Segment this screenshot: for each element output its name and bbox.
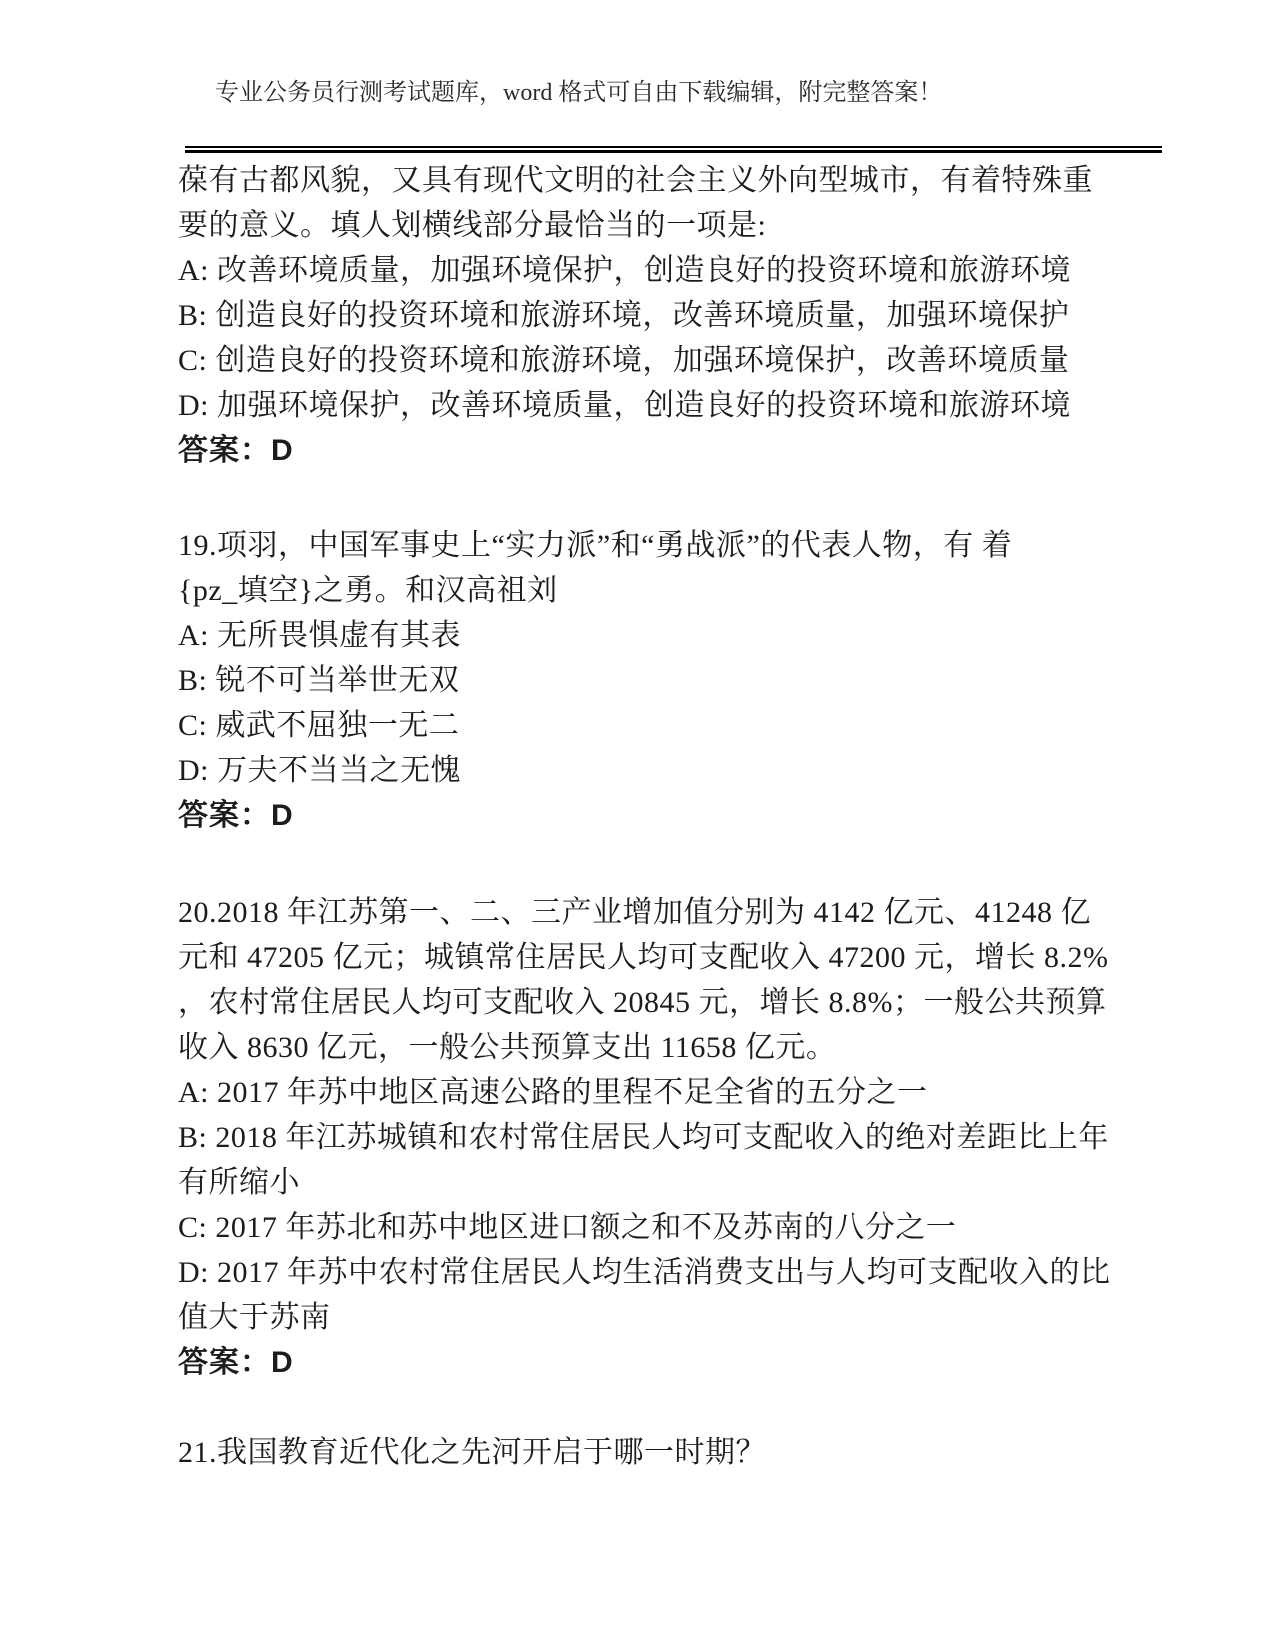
q20-option-c: C: 2017 年苏北和苏中地区进口额之和不及苏南的八分之一 — [178, 1205, 1123, 1250]
q19-answer: 答案：D — [178, 793, 1123, 838]
q19-option-a: A: 无所畏惧虚有其表 — [178, 613, 1123, 658]
q18-stem-line-1: 葆有古都风貌，又具有现代文明的社会主义外向型城市，有着特殊重 — [178, 158, 1123, 203]
q20-stem-line-2: 元和 47205 亿元；城镇常住居民人均可支配收入 47200 元，增长 8.2… — [178, 935, 1123, 980]
q18-option-c: C: 创造良好的投资环境和旅游环境，加强环境保护，改善环境质量 — [178, 338, 1123, 383]
q20-option-d-line-1: D: 2017 年苏中农村常住居民人均生活消费支出与人均可支配收入的比 — [178, 1250, 1123, 1295]
q20-answer: 答案：D — [178, 1340, 1123, 1385]
q18-option-d: D: 加强环境保护，改善环境质量，创造良好的投资环境和旅游环境 — [178, 383, 1123, 428]
header-notice: 专业公务员行测考试题库，word 格式可自由下载编辑，附完整答案！ — [215, 72, 942, 107]
q19-option-b: B: 锐不可当举世无双 — [178, 658, 1123, 703]
q18-answer: 答案：D — [178, 428, 1123, 473]
q20-stem-line-1: 20.2018 年江苏第一、二、三产业增加值分别为 4142 亿元、41248 … — [178, 890, 1123, 935]
q20-stem-line-3: ，农村常住居民人均可支配收入 20845 元，增长 8.8%；一般公共预算 — [178, 980, 1123, 1025]
q20-option-a: A: 2017 年苏中地区高速公路的里程不足全省的五分之一 — [178, 1070, 1123, 1115]
q20-stem-line-4: 收入 8630 亿元，一般公共预算支出 11658 亿元。 — [178, 1025, 1123, 1070]
header-divider — [185, 146, 1162, 153]
q19-stem-line-2: {pz_填空}之勇。和汉高祖刘 — [178, 568, 1123, 613]
question-18-block: 葆有古都风貌，又具有现代文明的社会主义外向型城市，有着特殊重 要的意义。填人划横… — [178, 158, 1123, 473]
q19-option-c: C: 威武不屈独一无二 — [178, 703, 1123, 748]
q18-option-b: B: 创造良好的投资环境和旅游环境，改善环境质量，加强环境保护 — [178, 293, 1123, 338]
q21-stem-line-1: 21.我国教育近代化之先河开启于哪一时期？ — [178, 1430, 1123, 1475]
q18-option-a: A: 改善环境质量，加强环境保护，创造良好的投资环境和旅游环境 — [178, 248, 1123, 293]
q20-option-d-line-2: 值大于苏南 — [178, 1295, 1123, 1340]
q20-option-b-line-2: 有所缩小 — [178, 1160, 1123, 1205]
question-21-block: 21.我国教育近代化之先河开启于哪一时期？ — [178, 1430, 1123, 1475]
document-page: 专业公务员行测考试题库，word 格式可自由下载编辑，附完整答案！ 葆有古都风貌… — [0, 0, 1275, 1650]
question-20-block: 20.2018 年江苏第一、二、三产业增加值分别为 4142 亿元、41248 … — [178, 890, 1123, 1385]
question-19-block: 19.项羽，中国军事史上“实力派”和“勇战派”的代表人物，有 着 {pz_填空}… — [178, 523, 1123, 838]
q18-stem-line-2: 要的意义。填人划横线部分最恰当的一项是: — [178, 203, 1123, 248]
q19-stem-line-1: 19.项羽，中国军事史上“实力派”和“勇战派”的代表人物，有 着 — [178, 523, 1123, 568]
q19-option-d: D: 万夫不当当之无愧 — [178, 748, 1123, 793]
q20-option-b-line-1: B: 2018 年江苏城镇和农村常住居民人均可支配收入的绝对差距比上年 — [178, 1115, 1123, 1160]
